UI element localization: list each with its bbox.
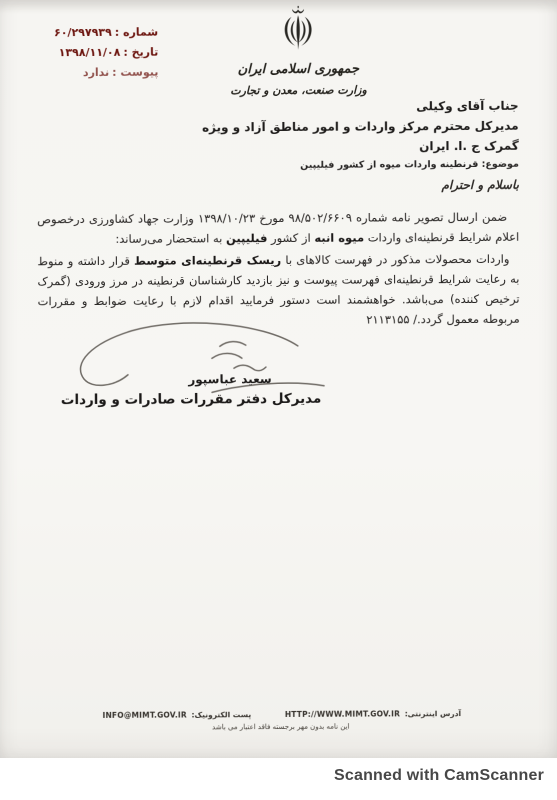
ministry-title: وزارت صنعت، معدن و تجارت xyxy=(206,83,390,97)
state-title: جمهوری اسلامی ایران xyxy=(206,61,390,77)
letter-number-value: ۶۰/۲۹۷۹۳۹ xyxy=(54,26,112,39)
email-address: INFO@MIMT.GOV.IR xyxy=(102,710,186,719)
letterhead: جمهوری اسلامی ایران وزارت صنعت، معدن و ت… xyxy=(206,5,390,97)
p1-text-mid: از کشور xyxy=(267,230,314,244)
letter-number-row: شماره :۶۰/۲۹۷۹۳۹ xyxy=(38,23,158,44)
signatory-title: مدیرکل دفتر مقررات صادرات و واردات xyxy=(56,391,326,408)
scanned-letter-sheet: شماره :۶۰/۲۹۷۹۳۹ تاریخ :۱۳۹۸/۱۱/۰۸ پیوست… xyxy=(0,0,557,758)
letter-meta-block: شماره :۶۰/۲۹۷۹۳۹ تاریخ :۱۳۹۸/۱۱/۰۸ پیوست… xyxy=(38,23,158,84)
p1-bold-philippines: فیلیپین xyxy=(226,231,267,245)
recipient-block: جناب آقای وکیلی مدیرکل محترم مرکز واردات… xyxy=(37,96,519,173)
camscanner-watermark: Scanned with CamScanner xyxy=(334,767,544,785)
camscanner-bar: Scanned with CamScanner xyxy=(0,758,557,800)
website-label: آدرس اینترنتی: xyxy=(405,709,461,718)
p1-text-end: به استحضار می‌رساند: xyxy=(115,231,226,246)
subject-line: موضوع: قرنطینه واردات میوه از کشور فیلیپ… xyxy=(37,159,519,173)
footer-validity-note: این نامه بدون مهر برجسته فاقد اعتبار می … xyxy=(40,722,522,733)
letter-attachment-row: پیوست :ندارد xyxy=(38,63,158,84)
p1-bold-mango: میوه انبه xyxy=(314,230,364,244)
letter-attachment-value: ندارد xyxy=(83,66,109,79)
email-label: پست الکترونیک: xyxy=(191,710,251,719)
website-url: HTTP://WWW.MIMT.GOV.IR xyxy=(285,709,400,719)
recipient-name: جناب آقای وکیلی xyxy=(37,96,519,119)
p2-text: واردات محصولات مذکور در فهرست کالاهای با xyxy=(281,251,509,266)
footer-contact-line: آدرس اینترنتی: HTTP://WWW.MIMT.GOV.IR پس… xyxy=(40,709,522,721)
letter-date-value: ۱۳۹۸/۱۱/۰۸ xyxy=(59,46,121,59)
body-paragraph-1: ضمن ارسال تصویر نامه شماره ۹۸/۵۰۲/۶۶۰۹ م… xyxy=(37,206,519,249)
letter-content: شماره :۶۰/۲۹۷۹۳۹ تاریخ :۱۳۹۸/۱۱/۰۸ پیوست… xyxy=(0,0,557,759)
letter-date-label: تاریخ : xyxy=(123,46,158,59)
letter-number-label: شماره : xyxy=(115,26,158,39)
body-paragraph-2: واردات محصولات مذکور در فهرست کالاهای با… xyxy=(37,248,519,331)
iran-allah-emblem-icon xyxy=(276,6,320,60)
letter-attachment-label: پیوست : xyxy=(112,66,158,79)
screenshot-canvas: شماره :۶۰/۲۹۷۹۳۹ تاریخ :۱۳۹۸/۱۱/۰۸ پیوست… xyxy=(0,0,557,800)
recipient-organization: گمرک ج .ا. ایران xyxy=(37,136,519,159)
signatory-name: سعید عباسپور xyxy=(150,372,310,387)
recipient-position: مدیرکل محترم مرکز واردات و امور مناطق آز… xyxy=(37,116,519,139)
letter-date-row: تاریخ :۱۳۹۸/۱۱/۰۸ xyxy=(38,43,158,64)
p2-bold-risk: ریسک قرنطینه‌ای متوسط xyxy=(134,252,281,267)
salutation: باسلام و احترام xyxy=(37,178,519,195)
